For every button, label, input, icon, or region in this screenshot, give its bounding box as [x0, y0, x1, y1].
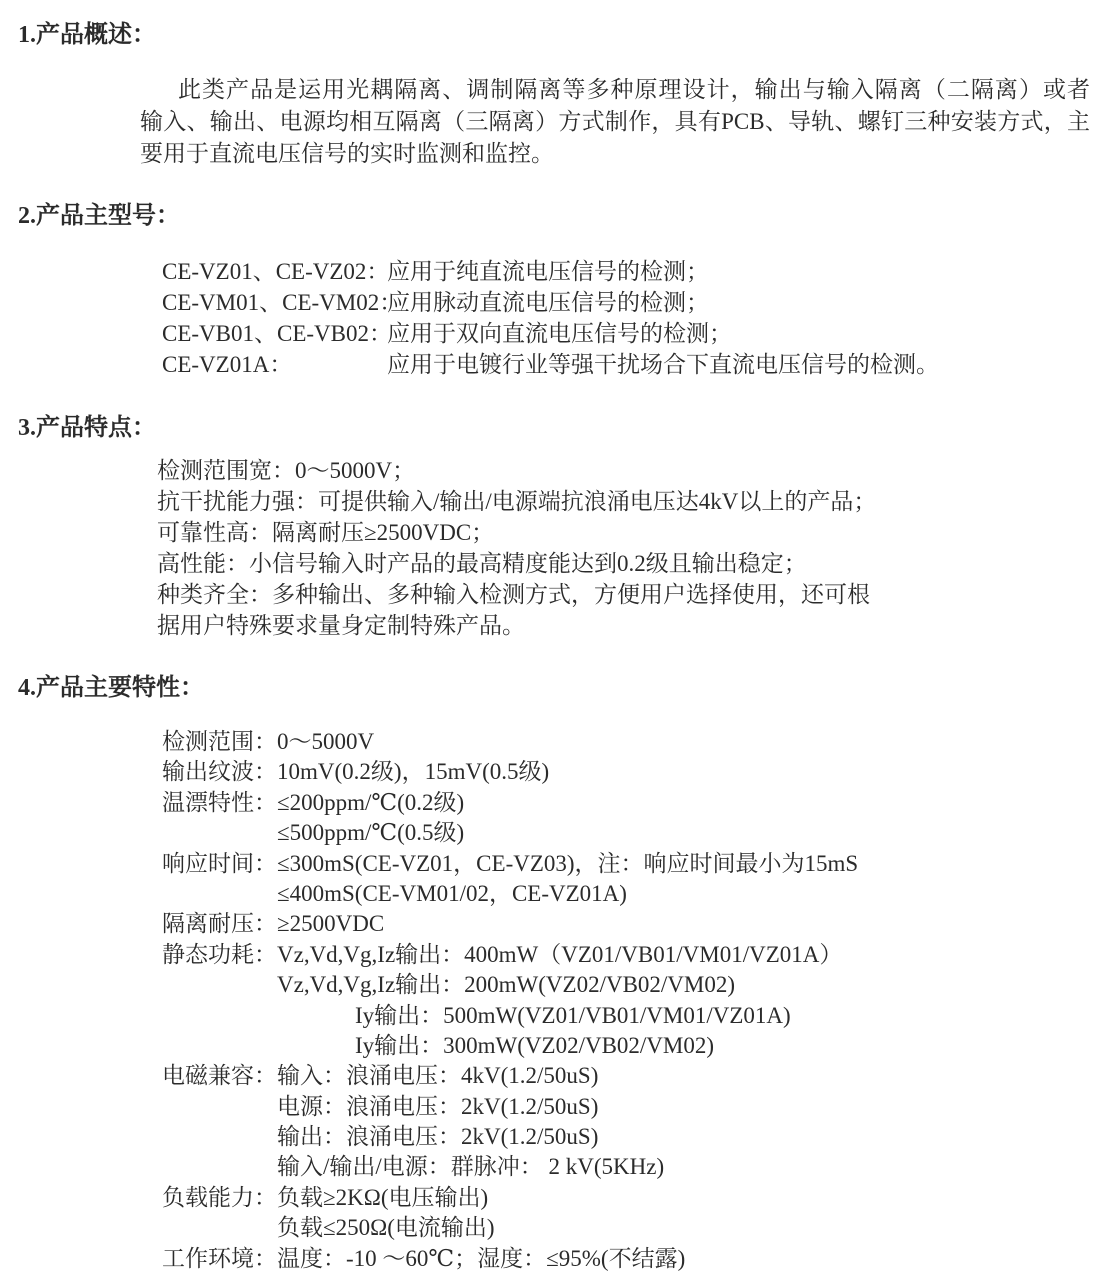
spec-row: 静态功耗：Vz,Vd,Vg,Iz输出：400mW（VZ01/VB01/VM01/…	[162, 940, 858, 970]
spec-value: ≥2500VDC	[277, 911, 384, 936]
model-row: CE-VZ01、CE-VZ02：应用于纯直流电压信号的检测；	[162, 256, 939, 287]
model-code: CE-VZ01A：	[162, 349, 387, 380]
spec-row-continuation: 输出：浪涌电压：2kV(1.2/50uS)	[162, 1122, 858, 1152]
spec-value: 负载≥2KΩ(电压输出)	[277, 1185, 488, 1210]
model-code: CE-VM01、CE-VM02：	[162, 287, 387, 318]
model-description: 应用于纯直流电压信号的检测；	[387, 259, 709, 284]
spec-row: 负载能力：负载≥2KΩ(电压输出)	[162, 1183, 858, 1213]
feature-line: 检测范围宽：0～5000V；	[157, 455, 876, 486]
model-description: 应用脉动直流电压信号的检测；	[387, 290, 709, 315]
model-description: 应用于双向直流电压信号的检测；	[387, 321, 732, 346]
spec-value: ≤300mS(CE-VZ01，CE-VZ03)，注：响应时间最小为15mS	[277, 851, 858, 876]
spec-label: 工作环境：	[162, 1244, 277, 1274]
spec-value: 10mV(0.2级)，15mV(0.5级)	[277, 759, 549, 784]
section-heading-models: 2.产品主型号：	[18, 195, 180, 230]
spec-row-continuation: Iy输出：500mW(VZ01/VB01/VM01/VZ01A)	[162, 1001, 858, 1031]
spec-label: 负载能力：	[162, 1183, 277, 1213]
spec-value: 负载≤250Ω(电流输出)	[277, 1215, 495, 1240]
spec-row-continuation: Vz,Vd,Vg,Iz输出：200mW(VZ02/VB02/VM02)	[162, 970, 858, 1000]
spec-label: 温漂特性：	[162, 788, 277, 818]
product-datasheet-page: 1.产品概述： 此类产品是运用光耦隔离、调制隔离等多种原理设计，输出与输入隔离（…	[0, 0, 1112, 1278]
feature-line: 可靠性高：隔离耐压≥2500VDC；	[157, 517, 876, 548]
spec-value: ≤500ppm/℃(0.5级)	[277, 820, 464, 845]
spec-label: 输出纹波：	[162, 757, 277, 787]
spec-row-continuation: ≤400mS(CE-VM01/02，CE-VZ01A)	[162, 879, 858, 909]
spec-value: 输入/输出/电源：群脉冲： 2 kV(5KHz)	[277, 1154, 664, 1179]
model-row: CE-VB01、CE-VB02：应用于双向直流电压信号的检测；	[162, 318, 939, 349]
spec-row: 工作环境：温度：-10 ～60℃；湿度：≤95%(不结露)	[162, 1244, 858, 1274]
feature-line: 据用户特殊要求量身定制特殊产品。	[157, 610, 876, 641]
feature-list: 检测范围宽：0～5000V； 抗干扰能力强：可提供输入/输出/电源端抗浪涌电压达…	[157, 455, 876, 641]
spec-value: Iy输出：300mW(VZ02/VB02/VM02)	[355, 1033, 714, 1058]
spec-row: 隔离耐压：≥2500VDC	[162, 909, 858, 939]
spec-row-continuation: 输入/输出/电源：群脉冲： 2 kV(5KHz)	[162, 1152, 858, 1182]
feature-line: 高性能：小信号输入时产品的最高精度能达到0.2级且输出稳定；	[157, 548, 876, 579]
spec-label: 静态功耗：	[162, 940, 277, 970]
overview-paragraph: 此类产品是运用光耦隔离、调制隔离等多种原理设计，输出与输入隔离（二隔离）或者 输…	[140, 74, 1090, 170]
feature-line: 抗干扰能力强：可提供输入/输出/电源端抗浪涌电压达4kV以上的产品；	[157, 486, 876, 517]
spec-value: Vz,Vd,Vg,Iz输出：400mW（VZ01/VB01/VM01/VZ01A…	[277, 942, 842, 967]
spec-row-continuation: 负载≤250Ω(电流输出)	[162, 1213, 858, 1243]
spec-row: 电磁兼容：输入：浪涌电压：4kV(1.2/50uS)	[162, 1061, 858, 1091]
model-code: CE-VB01、CE-VB02：	[162, 318, 387, 349]
spec-value: 输出：浪涌电压：2kV(1.2/50uS)	[277, 1124, 598, 1149]
spec-label: 检测范围：	[162, 727, 277, 757]
spec-value: 电源：浪涌电压：2kV(1.2/50uS)	[277, 1094, 598, 1119]
section-heading-overview: 1.产品概述：	[18, 14, 156, 49]
spec-value: 0～5000V	[277, 729, 374, 754]
spec-value: 温度：-10 ～60℃；湿度：≤95%(不结露)	[277, 1246, 685, 1271]
spec-value: Iy输出：500mW(VZ01/VB01/VM01/VZ01A)	[355, 1003, 791, 1028]
spec-row: 温漂特性：≤200ppm/℃(0.2级)	[162, 788, 858, 818]
overview-line: 输入、输出、电源均相互隔离（三隔离）方式制作，具有PCB、导轨、螺钉三种安装方式…	[140, 106, 1090, 138]
spec-label: 响应时间：	[162, 849, 277, 879]
model-code: CE-VZ01、CE-VZ02：	[162, 256, 387, 287]
model-list: CE-VZ01、CE-VZ02：应用于纯直流电压信号的检测； CE-VM01、C…	[162, 256, 939, 380]
spec-label: 电磁兼容：	[162, 1061, 277, 1091]
feature-line: 种类齐全：多种输出、多种输入检测方式，方便用户选择使用，还可根	[157, 579, 876, 610]
spec-row: 检测范围：0～5000V	[162, 727, 858, 757]
model-row: CE-VZ01A：应用于电镀行业等强干扰场合下直流电压信号的检测。	[162, 349, 939, 380]
section-heading-features: 3.产品特点：	[18, 407, 156, 442]
spec-label: 隔离耐压：	[162, 909, 277, 939]
model-description: 应用于电镀行业等强干扰场合下直流电压信号的检测。	[387, 352, 939, 377]
spec-value: 输入：浪涌电压：4kV(1.2/50uS)	[277, 1063, 598, 1088]
spec-value: ≤200ppm/℃(0.2级)	[277, 790, 464, 815]
spec-list: 检测范围：0～5000V 输出纹波：10mV(0.2级)，15mV(0.5级) …	[162, 727, 858, 1274]
spec-value: ≤400mS(CE-VM01/02，CE-VZ01A)	[277, 881, 627, 906]
overview-line: 此类产品是运用光耦隔离、调制隔离等多种原理设计，输出与输入隔离（二隔离）或者	[140, 74, 1090, 106]
model-row: CE-VM01、CE-VM02：应用脉动直流电压信号的检测；	[162, 287, 939, 318]
spec-value: Vz,Vd,Vg,Iz输出：200mW(VZ02/VB02/VM02)	[277, 972, 735, 997]
spec-row-continuation: ≤500ppm/℃(0.5级)	[162, 818, 858, 848]
spec-row: 输出纹波：10mV(0.2级)，15mV(0.5级)	[162, 757, 858, 787]
overview-line: 要用于直流电压信号的实时监测和监控。	[140, 138, 1090, 170]
section-heading-specs: 4.产品主要特性：	[18, 667, 204, 702]
spec-row-continuation: 电源：浪涌电压：2kV(1.2/50uS)	[162, 1092, 858, 1122]
spec-row-continuation: Iy输出：300mW(VZ02/VB02/VM02)	[162, 1031, 858, 1061]
spec-row: 响应时间：≤300mS(CE-VZ01，CE-VZ03)，注：响应时间最小为15…	[162, 849, 858, 879]
